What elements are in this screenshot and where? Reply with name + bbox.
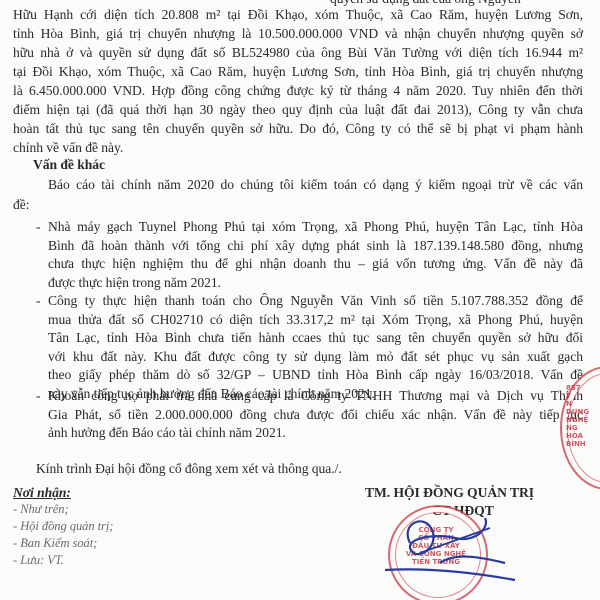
document-page: quyền sử dụng đất của ông Nguyễn Hữu Hạn… <box>0 0 600 600</box>
stamp-line: DỤNG <box>566 408 596 416</box>
stamp-line: 857 <box>566 384 596 392</box>
bullet-line: ảnh hưởng đến Báo cáo tài chính năm 2021… <box>48 424 583 441</box>
recipient-item: - Ban Kiểm soát; <box>13 535 97 552</box>
bullet-line: Nhà máy gạch Tuynel Phong Phú tại xóm Tr… <box>48 218 583 235</box>
section-intro-line-1: Báo cáo tài chính năm 2020 do chúng tôi … <box>48 176 583 193</box>
bullet-line: Bình đã hoàn thành với tổng chi phí xây … <box>48 237 583 254</box>
intro-line: tỉnh Hòa Bình, giá trị chuyển nhượng là … <box>13 25 583 42</box>
intro-line: chính về vấn đề này. <box>13 139 583 156</box>
bullet-dash: - <box>36 292 41 309</box>
bullet-line: với khu đất này. Khu đất được công ty sử… <box>48 348 583 365</box>
signature-title: TM. HỘI ĐỒNG QUẢN TRỊ <box>365 484 534 501</box>
stamp-line: HÒA BÌNH <box>566 432 596 448</box>
recipient-item: - Hội đồng quản trị; <box>13 518 113 535</box>
stamp-line: NGHỆ <box>566 416 596 424</box>
bullet-dash: - <box>36 387 41 404</box>
bullet-dash: - <box>36 218 41 235</box>
stamp-line: NG <box>566 424 596 432</box>
bullet-line: được thực hiện trong năm 2021. <box>48 274 583 291</box>
bullet-line: Gia Phát, số tiền 2.000.000.000 đồng chư… <box>48 406 583 423</box>
stamp-line: N <box>566 400 596 408</box>
bullet-line: theo giấy phép thăm dò số 32/GP – UBND t… <box>48 366 583 383</box>
recipient-item: - Lưu: VT. <box>13 552 64 569</box>
recipients-title: Nơi nhận: <box>13 484 71 501</box>
closing-statement: Kính trình Đại hội đồng cổ đông xem xét … <box>36 460 342 477</box>
stamp-line: Y <box>566 392 596 400</box>
intro-line: hữu nhà ở và quyền sử dụng đất số BL5249… <box>13 44 583 61</box>
signature-scribble <box>380 508 520 588</box>
section-intro-line-2: đề: <box>13 196 29 213</box>
bullet-line: mua thửa đất số CH02710 có diện tích 33.… <box>48 311 583 328</box>
bullet-line: Công ty thực hiện thanh toán cho Ông Ngu… <box>48 292 583 309</box>
section-heading: Vấn đề khác <box>33 156 105 173</box>
intro-line: là 6.450.000.000 VND. Hợp đồng công chứn… <box>13 82 583 99</box>
side-stamp-text: 857YNDỤNGNGHỆNGHÒA BÌNH <box>566 384 596 448</box>
recipient-item: - Như trên; <box>13 501 69 518</box>
intro-line: tại Đồi Khạo, xóm Thuộc, xã Cao Răm, huy… <box>13 63 583 80</box>
bullet-line: Khoản công nợ phải trả nhà cung cấp là C… <box>48 387 583 404</box>
intro-line: Hữu Hạnh cới diện tích 20.808 m² tại Đồi… <box>13 6 583 23</box>
bullet-line: Tân Lạc, tỉnh Hòa Bình chưa tiến hành cc… <box>48 329 583 346</box>
intro-line: điểm hiện tại (đã quá thời hạn 30 ngày t… <box>13 101 583 118</box>
bullet-line: chưa thực hiện nghiệm thu để ghi nhận do… <box>48 255 583 272</box>
intro-line: hoàn tất thủ tục sang tên chuyển quyền s… <box>13 120 583 137</box>
